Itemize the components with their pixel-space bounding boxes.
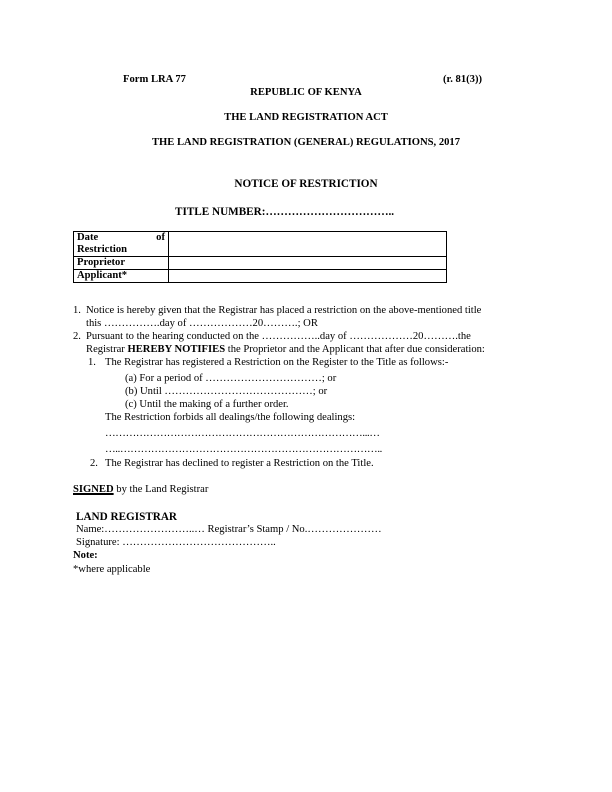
regulations-heading: THE LAND REGISTRATION (GENERAL) REGULATI…: [0, 137, 612, 149]
info-table: Dateof Restriction Proprietor Applicant*: [73, 231, 447, 283]
sub-1-text: The Registrar has registered a Restricti…: [105, 357, 448, 369]
table-row: Dateof Restriction: [74, 232, 447, 257]
date-of-restriction-value[interactable]: [169, 232, 447, 257]
option-a: (a) For a period of ……………………………; or: [125, 373, 336, 385]
forbids-text: The Restriction forbids all dealings/the…: [105, 412, 355, 424]
table-row: Proprietor: [74, 257, 447, 270]
para-2-number: 2.: [73, 331, 81, 343]
note-label: Note:: [73, 550, 98, 562]
para-1-line-2: this …………….day of ………………20……….; OR: [86, 318, 318, 330]
name-stamp-line[interactable]: Name:……………………..… Registrar’s Stamp / No.…: [76, 524, 382, 536]
option-c: (c) Until the making of a further order.: [125, 399, 289, 411]
applicant-label: Applicant*: [74, 270, 169, 283]
sub-2-number: 2.: [90, 458, 98, 470]
dealings-line-1[interactable]: …………………………………………………………………...…: [105, 428, 380, 440]
para-2-line-2: Registrar HEREBY NOTIFIES the Proprietor…: [86, 344, 485, 356]
date-of-restriction-label: Dateof Restriction: [74, 232, 169, 257]
para-2-line-1: Pursuant to the hearing conducted on the…: [86, 331, 471, 343]
proprietor-label: Proprietor: [74, 257, 169, 270]
signed-line: SIGNED by the Land Registrar: [73, 484, 208, 496]
table-row: Applicant*: [74, 270, 447, 283]
act-heading: THE LAND REGISTRATION ACT: [0, 112, 612, 124]
proprietor-value[interactable]: [169, 257, 447, 270]
country-heading: REPUBLIC OF KENYA: [0, 87, 612, 99]
registrar-heading: LAND REGISTRAR: [76, 511, 177, 523]
rule-reference: (r. 81(3)): [443, 74, 482, 86]
title-number-field[interactable]: TITLE NUMBER:……………………………..: [175, 206, 394, 218]
form-number: Form LRA 77: [123, 74, 186, 86]
document-title: NOTICE OF RESTRICTION: [0, 178, 612, 190]
option-b: (b) Until ……………………………………; or: [125, 386, 327, 398]
sub-1-number: 1.: [88, 357, 96, 369]
para-1-number: 1.: [73, 305, 81, 317]
sub-2-text: The Registrar has declined to register a…: [105, 458, 374, 470]
signature-line[interactable]: Signature: ……………………………………..: [76, 537, 276, 549]
dealings-line-2[interactable]: …..…………………………………………………………………..: [105, 444, 382, 456]
note-text: *where applicable: [73, 564, 150, 576]
applicant-value[interactable]: [169, 270, 447, 283]
para-1-line-1: Notice is hereby given that the Registra…: [86, 305, 481, 317]
